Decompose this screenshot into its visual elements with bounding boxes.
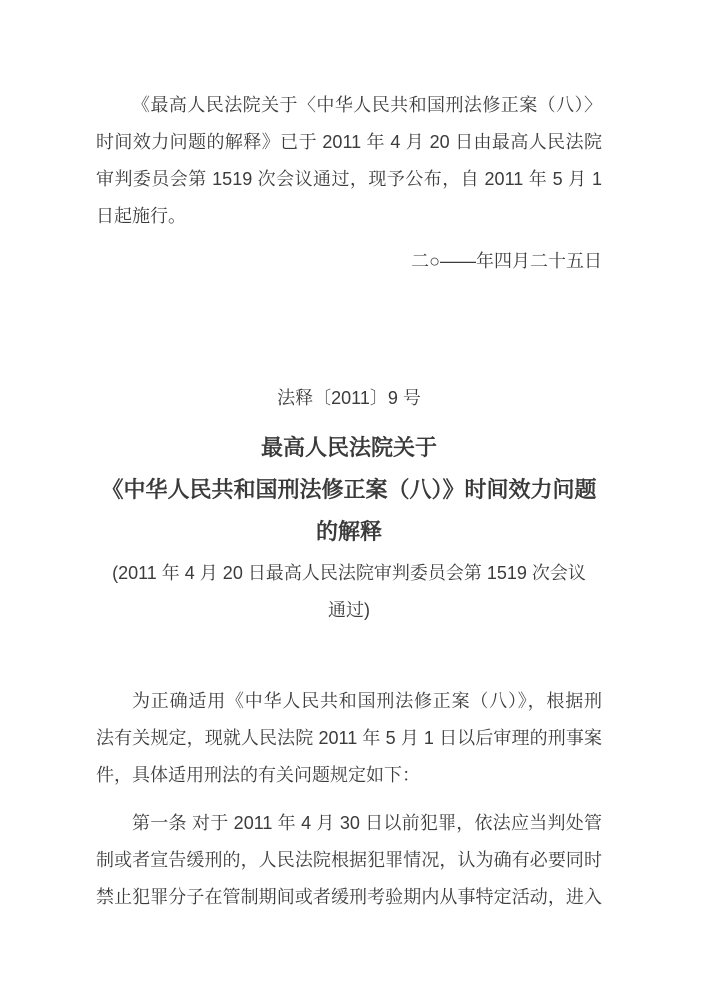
preamble-line: 日起施行。: [96, 198, 602, 235]
title-line: 的解释: [96, 511, 602, 553]
paragraph-line: 第一条 对于 2011 年 4 月 30 日以前犯罪，依法应当判处管: [96, 805, 602, 842]
adoption-note-line: (2011 年 4 月 20 日最高人民法院审判委员会第 1519 次会议: [96, 555, 602, 592]
document-page: 《最高人民法院关于〈中华人民共和国刑法修正案（八）〉 时间效力问题的解释》已于 …: [0, 0, 707, 999]
document-number: 法释〔2011〕9 号: [96, 380, 602, 417]
adoption-note-line: 通过): [96, 592, 602, 629]
document-content: 《最高人民法院关于〈中华人民共和国刑法修正案（八）〉 时间效力问题的解释》已于 …: [0, 0, 707, 916]
preamble-line: 时间效力问题的解释》已于 2011 年 4 月 20 日由最高人民法院: [96, 124, 602, 161]
paragraph-line: 为正确适用《中华人民共和国刑法修正案（八）》，根据刑: [96, 683, 602, 720]
paragraph-line: 法有关规定，现就人民法院 2011 年 5 月 1 日以后审理的刑事案: [96, 720, 602, 757]
preamble-line: 审判委员会第 1519 次会议通过，现予公布，自 2011 年 5 月 1: [96, 161, 602, 198]
preamble-paragraph: 《最高人民法院关于〈中华人民共和国刑法修正案（八）〉 时间效力问题的解释》已于 …: [96, 87, 602, 235]
paragraph-line: 件，具体适用刑法的有关问题规定如下：: [96, 757, 602, 794]
title-line: 最高人民法院关于: [96, 427, 602, 469]
body-paragraph: 为正确适用《中华人民共和国刑法修正案（八）》，根据刑 法有关规定，现就人民法院 …: [96, 683, 602, 794]
preamble-line: 《最高人民法院关于〈中华人民共和国刑法修正案（八）〉: [96, 87, 602, 124]
paragraph-line: 禁止犯罪分子在管制期间或者缓刑考验期内从事特定活动，进入: [96, 879, 602, 916]
article-1-paragraph: 第一条 对于 2011 年 4 月 30 日以前犯罪，依法应当判处管 制或者宣告…: [96, 805, 602, 916]
signature-date: 二○——年四月二十五日: [96, 243, 602, 280]
adoption-note: (2011 年 4 月 20 日最高人民法院审判委员会第 1519 次会议 通过…: [96, 555, 602, 629]
title-line: 《中华人民共和国刑法修正案（八）》时间效力问题: [96, 469, 602, 511]
document-title: 最高人民法院关于 《中华人民共和国刑法修正案（八）》时间效力问题 的解释: [96, 427, 602, 553]
paragraph-line: 制或者宣告缓刑的，人民法院根据犯罪情况，认为确有必要同时: [96, 842, 602, 879]
